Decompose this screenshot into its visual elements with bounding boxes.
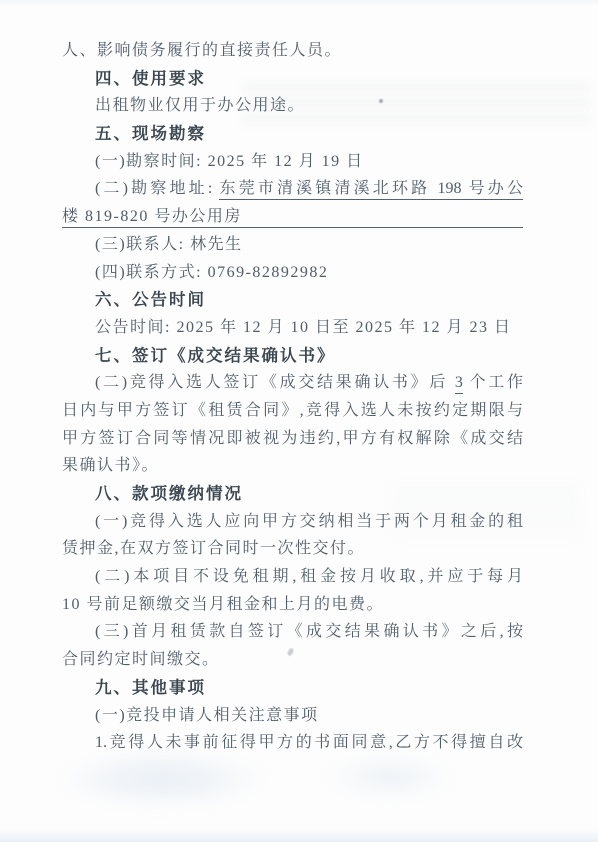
text-line-continuation: 人、影响债务履行的直接责任人员。 xyxy=(62,37,523,65)
signing-clause-underlined-number: 3 xyxy=(455,374,463,394)
signing-clause-pre: (二)竞得入选人签订《成交结果确认书》后 xyxy=(95,374,455,391)
survey-time-line: (一)勘察时间: 2025 年 12 月 19 日 xyxy=(62,148,523,176)
section-heading-use-requirements: 四、使用要求 xyxy=(62,65,523,93)
survey-address-continuation-line: 楼 819-820 号办公用房 xyxy=(62,203,523,231)
section-heading-announcement-period: 六、公告时间 xyxy=(62,286,523,314)
scanned-document-page: 人、影响债务履行的直接责任人员。 四、使用要求 出租物业仅用于办公用途。 五、现… xyxy=(0,0,598,842)
section-heading-other-matters: 九、其他事项 xyxy=(62,674,523,702)
text-line-continuation: 日内与甲方签订《租赁合同》,竞得入选人未按约定期限与 xyxy=(62,397,523,425)
document-content: 人、影响债务履行的直接责任人员。 四、使用要求 出租物业仅用于办公用途。 五、现… xyxy=(62,37,523,757)
text-line-continuation: 果确认书》。 xyxy=(62,452,523,480)
scan-artifact-smudge xyxy=(325,752,455,802)
section-heading-signing-confirmation: 七、签订《成交结果确认书》 xyxy=(62,342,523,370)
scan-artifact-smudge xyxy=(55,748,270,810)
text-line-continuation: 甲方签订合同等情况即被视为违约,甲方有权解除《成交结 xyxy=(62,425,523,453)
signing-clause-post: 个工作 xyxy=(463,374,523,391)
survey-address-line: (二)勘察地址: 东莞市清溪镇清溪北环路 198 号办公 xyxy=(62,175,523,203)
announcement-period-line: 公告时间: 2025 年 12 月 10 日至 2025 年 12 月 23 日 xyxy=(62,314,523,342)
signing-clause-line: (二)竞得入选人签订《成交结果确认书》后 3 个工作 xyxy=(62,369,523,397)
contact-phone-line: (四)联系方式: 0769-82892982 xyxy=(62,259,523,287)
payment-clause-line: (三)首月租赁款自签订《成交结果确认书》之后,按 xyxy=(62,618,523,646)
text-line-continuation: 10 号前足额缴交当月租金和上月的电费。 xyxy=(62,591,523,619)
section-heading-site-survey: 五、现场勘察 xyxy=(62,120,523,148)
text-line-continuation: 赁押金,在双方签订合同时一次性交付。 xyxy=(62,535,523,563)
scan-edge-tint-top xyxy=(0,0,598,7)
text-line: 出租物业仅用于办公用途。 xyxy=(62,92,523,120)
section-heading-payment: 八、款项缴纳情况 xyxy=(62,480,523,508)
survey-address-label: (二)勘察地址: xyxy=(95,180,219,197)
notice-items-line: (一)竞投申请人相关注意事项 xyxy=(62,702,523,730)
notice-clause-line: 1.竞得人未事前征得甲方的书面同意,乙方不得擅自改 xyxy=(62,729,523,757)
contact-person-line: (三)联系人: 林先生 xyxy=(62,231,523,259)
payment-clause-line: (一)竞得入选人应向甲方交纳相当于两个月租金的租 xyxy=(62,508,523,536)
scan-edge-tint-bottom xyxy=(0,829,598,842)
survey-address-underlined-text: 楼 819-820 号办公用房 xyxy=(62,208,242,225)
survey-address-underlined-text: 东莞市清溪镇清溪北环路 198 号办公 xyxy=(219,180,523,200)
text-line-continuation: 合同约定时间缴交。 xyxy=(62,646,523,674)
payment-clause-line: (二)本项目不设免租期,租金按月收取,并应于每月 xyxy=(62,563,523,591)
